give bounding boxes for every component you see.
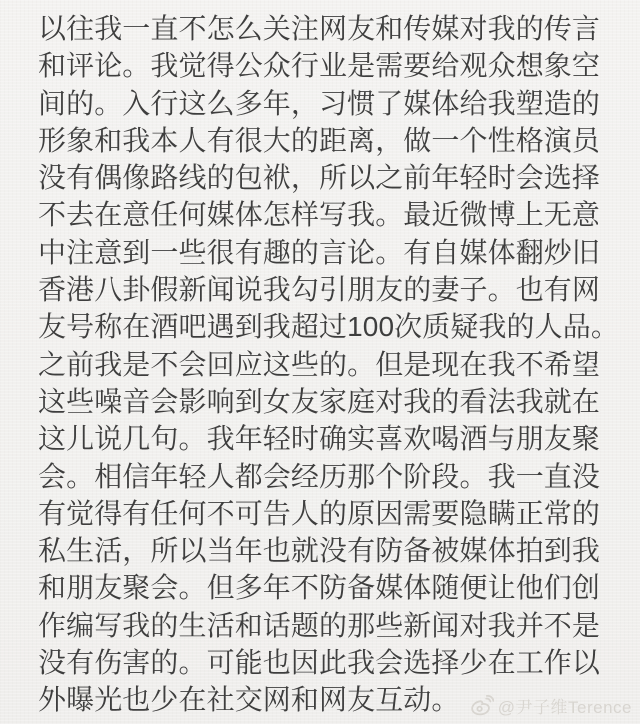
statement-line: 私生活，所以当年也就没有防备被媒体拍到我 bbox=[38, 532, 610, 569]
statement-image: { "page": { "background_color": "#f2f1ef… bbox=[0, 0, 640, 724]
statement-text: 以往我一直不怎么关注网友和传媒对我的传言 和评论。我觉得公众行业是需要给观众想象… bbox=[38, 10, 610, 719]
statement-line: 这些噪音会影响到女友家庭对我的看法我就在 bbox=[38, 383, 610, 420]
statement-line: 和朋友聚会。但多年不防备媒体随便让他们创 bbox=[38, 569, 610, 606]
weibo-watermark: @尹子维Terence bbox=[470, 693, 632, 718]
statement-line: 友号称在酒吧遇到我超过100次质疑我的人品。 bbox=[38, 308, 610, 345]
statement-line: 中注意到一些很有趣的言论。有自媒体翻炒旧 bbox=[38, 234, 610, 271]
watermark-handle: @尹子维Terence bbox=[498, 693, 632, 718]
statement-line: 之前我是不会回应这些的。但是现在我不希望 bbox=[38, 346, 610, 383]
statement-line: 香港八卦假新闻说我勾引朋友的妻子。也有网 bbox=[38, 271, 610, 308]
statement-line: 会。相信年轻人都会经历那个阶段。我一直没 bbox=[38, 458, 610, 495]
statement-line: 间的。入行这么多年，习惯了媒体给我塑造的 bbox=[38, 85, 610, 122]
statement-line: 没有伤害的。可能也因此我会选择少在工作以 bbox=[38, 644, 610, 681]
statement-line: 没有偶像路线的包袱，所以之前年轻时会选择 bbox=[38, 159, 610, 196]
statement-line: 有觉得有任何不可告人的原因需要隐瞒正常的 bbox=[38, 495, 610, 532]
statement-line: 和评论。我觉得公众行业是需要给观众想象空 bbox=[38, 47, 610, 84]
statement-line: 这儿说几句。我年轻时确实喜欢喝酒与朋友聚 bbox=[38, 420, 610, 457]
statement-line: 形象和我本人有很大的距离，做一个性格演员 bbox=[38, 122, 610, 159]
statement-line: 作编写我的生活和话题的那些新闻对我并不是 bbox=[38, 607, 610, 644]
statement-line: 以往我一直不怎么关注网友和传媒对我的传言 bbox=[38, 10, 610, 47]
weibo-logo-icon bbox=[470, 695, 494, 717]
statement-line: 不去在意任何媒体怎样写我。最近微博上无意 bbox=[38, 196, 610, 233]
